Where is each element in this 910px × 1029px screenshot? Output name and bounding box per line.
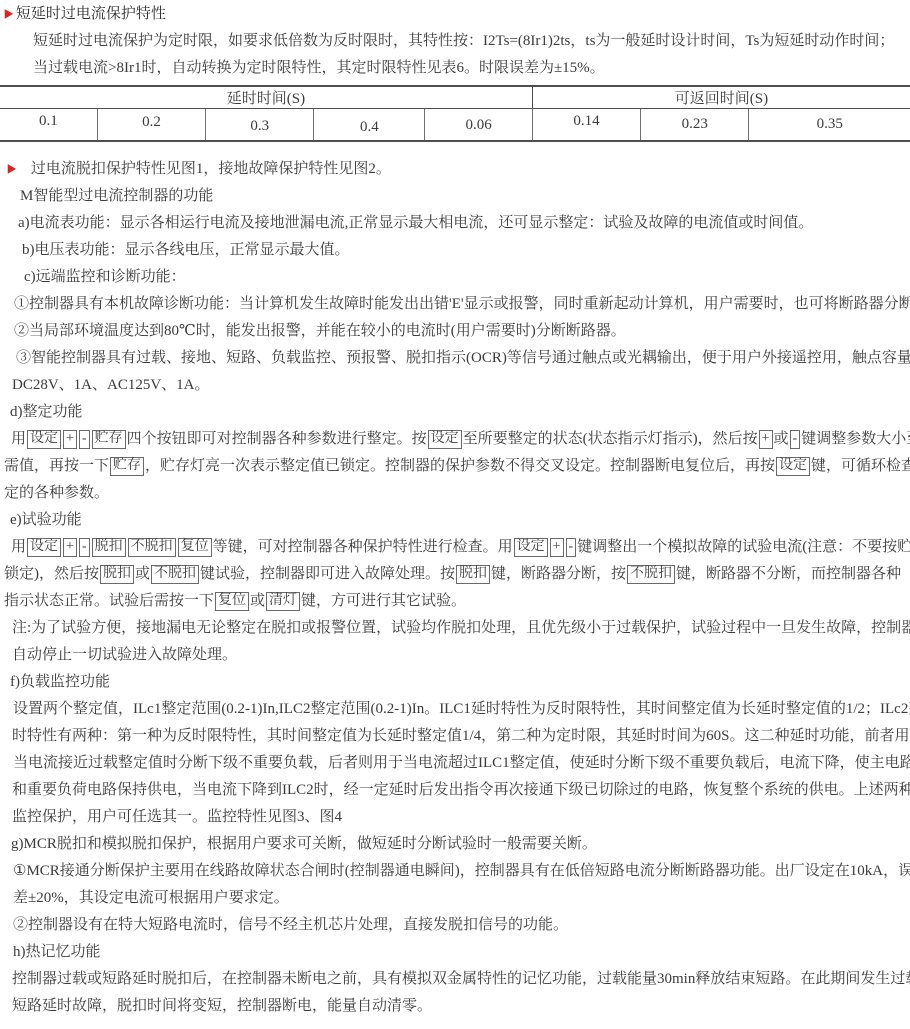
text-run: ③智能控制器具有过载、接地、短路、负载监控、预报警、脱扣指示(OCR)等信号通过… [16,350,910,366]
text-line: M智能型过电流控制器的功能 [0,183,910,210]
key-button-label: + [63,538,77,557]
table-cell: 0.3 [206,109,314,142]
text-run: 指示状态正常。试验后需按一下 [4,593,214,609]
key-button-label: 设定 [27,538,61,557]
document-content: ►短延时过电流保护特性短延时过电流保护为定时限，如要求低倍数为反时限时，其特性按… [0,0,910,1020]
text-line: e)试验功能 [0,507,910,534]
key-button-label: 设定 [428,430,462,449]
text-line: 和重要负荷电路保持供电，当电流下降到ILC2时，经一定延时后发出指令再次接通下级… [0,777,910,804]
text-line: ②控制器设有在特大短路电流时，信号不经主机芯片处理，直接发脱扣信号的功能。 [0,912,910,939]
text-line: 短延时过电流保护为定时限，如要求低倍数为反时限时，其特性按：I2Ts=(8Ir1… [0,28,910,55]
text-run: 短延时过电流保护为定时限，如要求低倍数为反时限时，其特性按：I2Ts=(8Ir1… [33,33,894,49]
table-header-row: 延时时间(S)可返回时间(S) [0,86,910,109]
text-run: 监控保护，用户可任选其一。监控特性见图3、图4 [12,809,342,825]
key-button-label: - [566,538,577,557]
text-run: ①MCR接通分断保护主要用在线路故障状态合闸时(控制器通电瞬间)，控制器具有在低… [13,863,910,879]
text-run: h)热记忆功能 [13,944,101,960]
text-run: 键调整出一个模拟故障的试验电流(注意：不要按贮存 [577,539,910,555]
table-cell: 0.14 [532,109,640,142]
text-run: 当过载电流>8Ir1时，自动转换为定时限特性，其定时限特性见表6。时限误差为±1… [33,60,605,76]
text-line: 注:为了试验方便，接地漏电无论整定在脱扣或报警位置，试验均作脱扣处理，且优先级小… [0,615,910,642]
text-run: 过电流脱扣保护特性见图1，接地故障保护特性见图2。 [31,161,391,177]
text-run: ②控制器设有在特大短路电流时，信号不经主机芯片处理，直接发脱扣信号的功能。 [13,917,568,933]
text-run: 至所要整定的状态(状态指示灯指示)，然后按 [463,431,758,447]
text-run: 键调整参数大小至所 [801,431,910,447]
text-line: 当过载电流>8Ir1时，自动转换为定时限特性，其定时限特性见表6。时限误差为±1… [0,55,910,82]
text-line: 时特性有两种：第一种为反时限特性，其时间整定值为长延时整定值1/4，第二种为定时… [0,723,910,750]
key-button-label: 不脱扣 [627,565,675,584]
bullet-arrow-icon: ► [2,0,16,30]
text-run: c)远端监控和诊断功能： [24,269,186,285]
text-run: 锁定)，然后按 [4,566,99,582]
key-button-label: + [63,430,77,449]
key-button-label: 清灯 [266,592,300,611]
section-heading-trip-curves: ►过电流脱扣保护特性见图1，接地故障保护特性见图2。 [0,156,910,183]
text-run: 差±20%，其设定电流可根据用户要求定。 [13,890,289,906]
delay-time-table: 延时时间(S)可返回时间(S) 0.10.20.30.40.060.140.23… [0,85,910,142]
text-line: 指示状态正常。试验后需按一下复位或清灯键，方可进行其它试验。 [0,588,910,615]
text-line: a)电流表功能：显示各相运行电流及接地泄漏电流,正常显示最大相电流，还可显示整定… [0,210,910,237]
text-line: ①MCR接通分断保护主要用在线路故障状态合闸时(控制器通电瞬间)，控制器具有在低… [0,858,910,885]
text-run: DC28V、1A、AC125V、1A。 [12,377,210,393]
text-run: 用 [11,539,26,555]
table-data-row: 0.10.20.30.40.060.140.230.35 [0,109,910,142]
text-run: 键，断路器不分断，而控制器各种 [676,566,901,582]
text-line: ①控制器具有本机故障诊断功能：当计算机发生故障时能发出出错'E'显示或报警，同时… [0,291,910,318]
text-run: d)整定功能 [10,404,83,420]
text-line: 短路延时故障，脱扣时间将变短，控制器断电，能量自动清零。 [0,993,910,1020]
text-run: f)负载监控功能 [10,674,110,690]
text-line: b)电压表功能：显示各线电压，正常显示最大值。 [0,237,910,264]
document-page: ►短延时过电流保护特性短延时过电流保护为定时限，如要求低倍数为反时限时，其特性按… [0,0,910,1029]
key-button-label: + [759,430,773,449]
text-line: 当电流接近过载整定值时分断下级不重要负载，后者则用于当电流超过ILC1整定值，使… [0,750,910,777]
key-button-label: 脱扣 [100,565,134,584]
key-button-label: 贮存 [92,430,126,449]
text-run: 四个按钮即可对控制器各种参数进行整定。按 [127,431,427,447]
key-button-label: 不脱扣 [128,538,176,557]
text-run: e)试验功能 [10,512,82,528]
text-run: 设置两个整定值，ILc1整定范围(0.2-1)In,ILC2整定范围(0.2-1… [13,701,910,717]
key-button-label: 不脱扣 [151,565,199,584]
table-header-cell: 可返回时间(S) [532,86,910,109]
text-line: 控制器过载或短路延时脱扣后，在控制器未断电之前，具有模拟双金属特性的记忆功能，过… [0,966,910,993]
text-run: 键，断路器分断，按 [491,566,626,582]
table-cell: 0.2 [97,109,205,142]
table-cell: 0.23 [641,109,749,142]
key-button-label: 脱扣 [92,538,126,557]
text-line: 需值，再按一下贮存，贮存灯亮一次表示整定值已锁定。控制器的保护参数不得交叉设定。… [0,453,910,480]
text-run: 控制器过载或短路延时脱扣后，在控制器未断电之前，具有模拟双金属特性的记忆功能，过… [12,971,910,987]
key-button-label: 复位 [178,538,212,557]
key-button-label: 贮存 [110,457,144,476]
section-heading-short-delay: ►短延时过电流保护特性 [0,1,910,28]
text-line: g)MCR脱扣和模拟脱扣保护，根据用户要求可关断，做短延时分断试验时一般需要关断… [0,831,910,858]
text-run: 短延时过电流保护特性 [16,6,166,22]
key-button-label: + [550,538,564,557]
text-run: 等键，可对控制器各种保护特性进行检查。用 [213,539,513,555]
text-run: 或 [774,431,789,447]
key-button-label: 设定 [776,457,810,476]
intro-section: ►短延时过电流保护特性短延时过电流保护为定时限，如要求低倍数为反时限时，其特性按… [0,1,910,82]
text-run: 用 [11,431,26,447]
text-run: 键，可循环检查设 [811,458,910,474]
text-run: 短路延时故障，脱扣时间将变短，控制器断电，能量自动清零。 [12,998,432,1014]
text-run: 定的各种参数。 [4,485,109,501]
text-line: c)远端监控和诊断功能： [0,264,910,291]
table-cell: 0.4 [314,109,425,142]
key-button-label: 设定 [27,430,61,449]
text-run: 键，方可进行其它试验。 [301,593,466,609]
bullet-arrow-icon: ► [5,154,19,185]
text-line: ③智能控制器具有过载、接地、短路、负载监控、预报警、脱扣指示(OCR)等信号通过… [0,345,910,372]
text-line: 设置两个整定值，ILc1整定范围(0.2-1)In,ILC2整定范围(0.2-1… [0,696,910,723]
text-run: M智能型过电流控制器的功能 [20,188,213,204]
text-run: 时特性有两种：第一种为反时限特性，其时间整定值为长延时整定值1/4，第二种为定时… [12,728,910,744]
text-line: 监控保护，用户可任选其一。监控特性见图3、图4 [0,804,910,831]
table-cell: 0.06 [425,109,532,142]
text-run: 需值，再按一下 [4,458,109,474]
text-line: 定的各种参数。 [0,480,910,507]
key-button-label: 复位 [215,592,249,611]
key-button-label: - [790,430,801,449]
text-line: d)整定功能 [0,399,910,426]
text-line: DC28V、1A、AC125V、1A。 [0,372,910,399]
text-run: 或 [135,566,150,582]
text-run: 或 [250,593,265,609]
text-line: f)负载监控功能 [0,669,910,696]
text-line: 自动停止一切试验进入故障处理。 [0,642,910,669]
text-run: ①控制器具有本机故障诊断功能：当计算机发生故障时能发出出错'E'显示或报警，同时… [14,296,910,312]
text-run: 当电流接近过载整定值时分断下级不重要负载，后者则用于当电流超过ILC1整定值，使… [13,755,910,771]
key-button-label: - [79,538,90,557]
text-run: 注:为了试验方便，接地漏电无论整定在脱扣或报警位置，试验均作脱扣处理，且优先级小… [12,620,910,636]
key-button-label: 设定 [514,538,548,557]
text-line: h)热记忆功能 [0,939,910,966]
text-line: 用设定+-脱扣不脱扣复位等键，可对控制器各种保护特性进行检查。用设定+-键调整出… [0,534,910,561]
text-line: 锁定)，然后按脱扣或不脱扣键试验，控制器即可进入故障处理。按脱扣键，断路器分断，… [0,561,910,588]
table-header-cell: 延时时间(S) [0,86,532,109]
table-cell: 0.35 [749,109,910,142]
text-run: 自动停止一切试验进入故障处理。 [12,647,237,663]
text-line: 用设定+-贮存四个按钮即可对控制器各种参数进行整定。按设定至所要整定的状态(状态… [0,426,910,453]
text-run: a)电流表功能：显示各相运行电流及接地泄漏电流,正常显示最大相电流，还可显示整定… [18,215,813,231]
key-button-label: - [79,430,90,449]
text-line: 差±20%，其设定电流可根据用户要求定。 [0,885,910,912]
text-run: ②当局部环境温度达到80℃时，能发出报警，并能在较小的电流时(用户需要时)分断断… [14,323,626,339]
text-run: b)电压表功能：显示各线电压，正常显示最大值。 [22,242,350,258]
text-run: 键试验，控制器即可进入故障处理。按 [200,566,455,582]
text-run: g)MCR脱扣和模拟脱扣保护，根据用户要求可关断，做短延时分断试验时一般需要关断… [11,836,597,852]
text-run: 和重要负荷电路保持供电，当电流下降到ILC2时，经一定延时后发出指令再次接通下级… [12,782,910,798]
text-line: ②当局部环境温度达到80℃时，能发出报警，并能在较小的电流时(用户需要时)分断断… [0,318,910,345]
body-section: ►过电流脱扣保护特性见图1，接地故障保护特性见图2。M智能型过电流控制器的功能a… [0,156,910,1020]
table-cell: 0.1 [0,109,97,142]
key-button-label: 脱扣 [456,565,490,584]
text-run: ，贮存灯亮一次表示整定值已锁定。控制器的保护参数不得交叉设定。控制器断电复位后，… [145,458,775,474]
